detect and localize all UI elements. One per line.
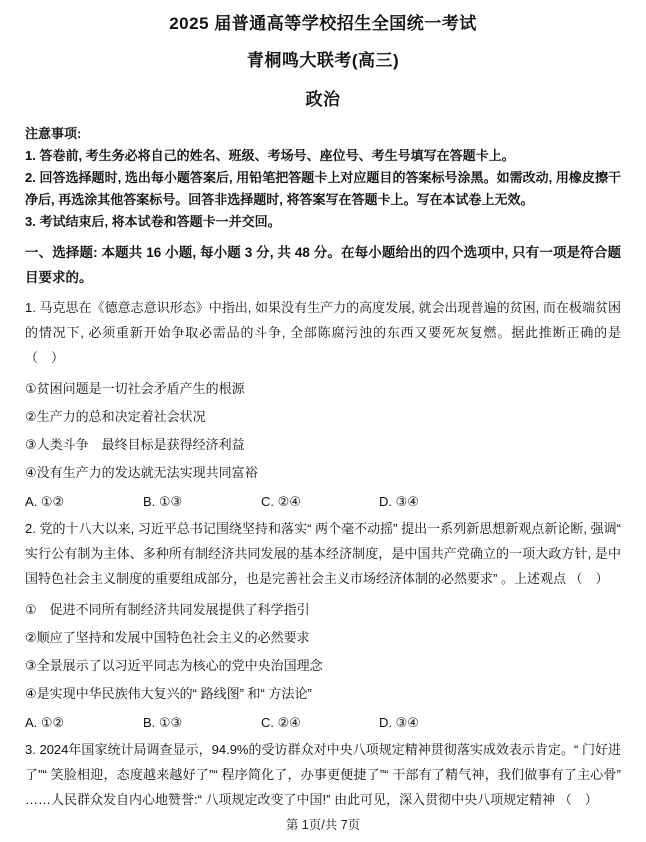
question-1-item-1: ①贫困问题是一切社会矛盾产生的根源 (25, 379, 621, 398)
choice-d: D. ③④ (379, 492, 497, 511)
choice-c: C. ②④ (261, 713, 379, 732)
notice-heading: 注意事项: (25, 123, 621, 145)
question-1-item-4: ④没有生产力的发达就无法实现共同富裕 (25, 463, 621, 482)
question-2-item-2: ②顺应了坚持和发展中国特色社会主义的必然要求 (25, 628, 621, 647)
choice-d: D. ③④ (379, 713, 497, 732)
question-2-stem: 2. 党的十八大以来, 习近平总书记围绕坚持和落实“ 两个毫不动摇” 提出一系列… (25, 516, 621, 591)
exam-subject: 政治 (25, 88, 621, 112)
question-1-item-2: ②生产力的总和决定着社会状况 (25, 407, 621, 426)
notice-item-1: 1. 答卷前, 考生务必将自己的姓名、班级、考场号、座位号、考生号填写在答题卡上… (25, 145, 621, 167)
question-1-choices: A. ①② B. ①③ C. ②④ D. ③④ (25, 492, 621, 511)
section-heading: 一、选择题: 本题共 16 小题, 每小题 3 分, 共 48 分。在每小题给出… (25, 240, 621, 290)
exam-title-line2: 青桐鸣大联考(高三) (25, 49, 621, 73)
choice-c: C. ②④ (261, 492, 379, 511)
question-1: 1. 马克思在《德意志意识形态》中指出, 如果没有生产力的高度发展, 就会出现普… (25, 295, 621, 511)
question-1-stem: 1. 马克思在《德意志意识形态》中指出, 如果没有生产力的高度发展, 就会出现普… (25, 295, 621, 370)
choice-b: B. ①③ (143, 492, 261, 511)
choice-a: A. ①② (25, 492, 143, 511)
choice-b: B. ①③ (143, 713, 261, 732)
question-2: 2. 党的十八大以来, 习近平总书记围绕坚持和落实“ 两个毫不动摇” 提出一系列… (25, 516, 621, 732)
choice-a: A. ①② (25, 713, 143, 732)
exam-paper-page: 2025 届普通高等学校招生全国统一考试 青桐鸣大联考(高三) 政治 注意事项:… (0, 0, 646, 812)
question-2-item-3: ③全景展示了以习近平同志为核心的党中央治国理念 (25, 656, 621, 675)
page-number: 第 1页/共 7页 (0, 815, 646, 833)
question-2-item-4: ④是实现中华民族伟大复兴的“ 路线图” 和“ 方法论” (25, 684, 621, 703)
notice-item-2: 2. 回答选择题时, 选出每小题答案后, 用铅笔把答题卡上对应题目的答案标号涂黑… (25, 167, 621, 211)
question-3-stem: 3. 2024年国家统计局调查显示，94.9%的受访群众对中央八项规定精神贯彻落… (25, 737, 621, 812)
question-1-item-3: ③人类斗争 最终目标是获得经济利益 (25, 435, 621, 454)
question-3: 3. 2024年国家统计局调查显示，94.9%的受访群众对中央八项规定精神贯彻落… (25, 737, 621, 812)
question-2-choices: A. ①② B. ①③ C. ②④ D. ③④ (25, 713, 621, 732)
exam-title-line1: 2025 届普通高等学校招生全国统一考试 (25, 12, 621, 36)
question-2-item-1: ① 促进不同所有制经济共同发展提供了科学指引 (25, 600, 621, 619)
notice-item-3: 3. 考试结束后, 将本试卷和答题卡一并交回。 (25, 211, 621, 233)
